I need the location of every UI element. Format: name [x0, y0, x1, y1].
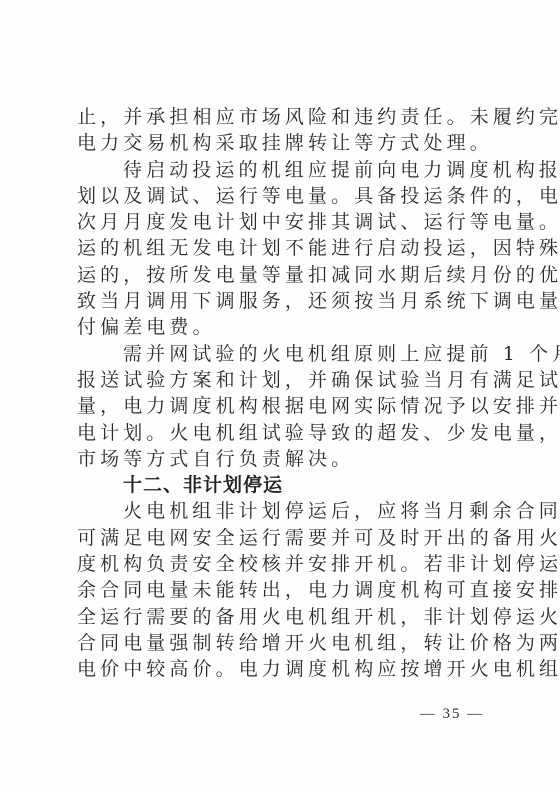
section-heading: 十二、非计划停运: [77, 472, 493, 498]
text-line: 电价中较高价。电力调度机构应按增开火电机组转入合同电量安: [77, 656, 493, 682]
text-line: 运的机组无发电计划不能进行启动投运，因特殊原因必须启动投: [77, 235, 493, 261]
text-line: 度机构负责安全校核并安排开机。若非计划停运火电机组当月剩: [77, 551, 493, 577]
text-line: 止，并承担相应市场风险和违约责任。未履约完成的合同电量由: [77, 104, 493, 130]
text-line: 全运行需要的备用火电机组开机，非计划停运火电机组当月剩余: [77, 604, 493, 630]
page-number: — 35 —: [410, 706, 494, 723]
text-line: 待启动投运的机组应提前向电力调度机构报送启动投运计: [77, 157, 493, 183]
text-line: 电计划。火电机组试验导致的超发、少发电量，由发电企业通过: [77, 420, 493, 446]
paragraph-continuation: 止，并承担相应市场风险和违约责任。未履约完成的合同电量由 电力交易机构采取挂牌转…: [77, 104, 493, 157]
text-line: 电力交易机构采取挂牌转让等方式处理。: [77, 130, 493, 156]
text-line: 报送试验方案和计划，并确保试验当月有满足试验需求的合同电: [77, 367, 493, 393]
document-body: 止，并承担相应市场风险和违约责任。未履约完成的合同电量由 电力交易机构采取挂牌转…: [77, 104, 493, 683]
paragraph-unplanned-outage: 火电机组非计划停运后，应将当月剩余合同电量转让给同类 可满足电网安全运行需要并可…: [77, 498, 493, 682]
text-line: 运的，按所发电量等量扣减同水期后续月份的优先发电量，若导: [77, 262, 493, 288]
text-line: 市场等方式自行负责解决。: [77, 446, 493, 472]
paragraph-grid-test: 需并网试验的火电机组原则上应提前 1 个月向电力调度机构 报送试验方案和计划，并…: [77, 341, 493, 472]
text-line: 付偏差电费。: [77, 314, 493, 340]
paragraph-commissioning: 待启动投运的机组应提前向电力调度机构报送启动投运计 划以及调试、运行等电量。具备…: [77, 157, 493, 341]
text-line: 合同电量强制转给增开火电机组，转让价格为两者政府批复上网: [77, 630, 493, 656]
text-line: 火电机组非计划停运后，应将当月剩余合同电量转让给同类: [77, 498, 493, 524]
text-line: 量，电力调度机构根据电网实际情况予以安排并列入相应月度发: [77, 393, 493, 419]
text-line: 需并网试验的火电机组原则上应提前 1 个月向电力调度机构: [77, 341, 493, 367]
text-line: 次月月度发电计划中安排其调试、运行等电量。原则上待启动投: [77, 209, 493, 235]
text-line: 致当月调用下调服务，还须按当月系统下调电量补偿单价全额支: [77, 288, 493, 314]
text-line: 划以及调试、运行等电量。具备投运条件的，电力调度机构应在: [77, 183, 493, 209]
text-line: 余合同电量未能转出，电力调度机构可直接安排其他满足电网安: [77, 577, 493, 603]
text-line: 可满足电网安全运行需要并可及时开出的备用火电机组，电力调: [77, 525, 493, 551]
